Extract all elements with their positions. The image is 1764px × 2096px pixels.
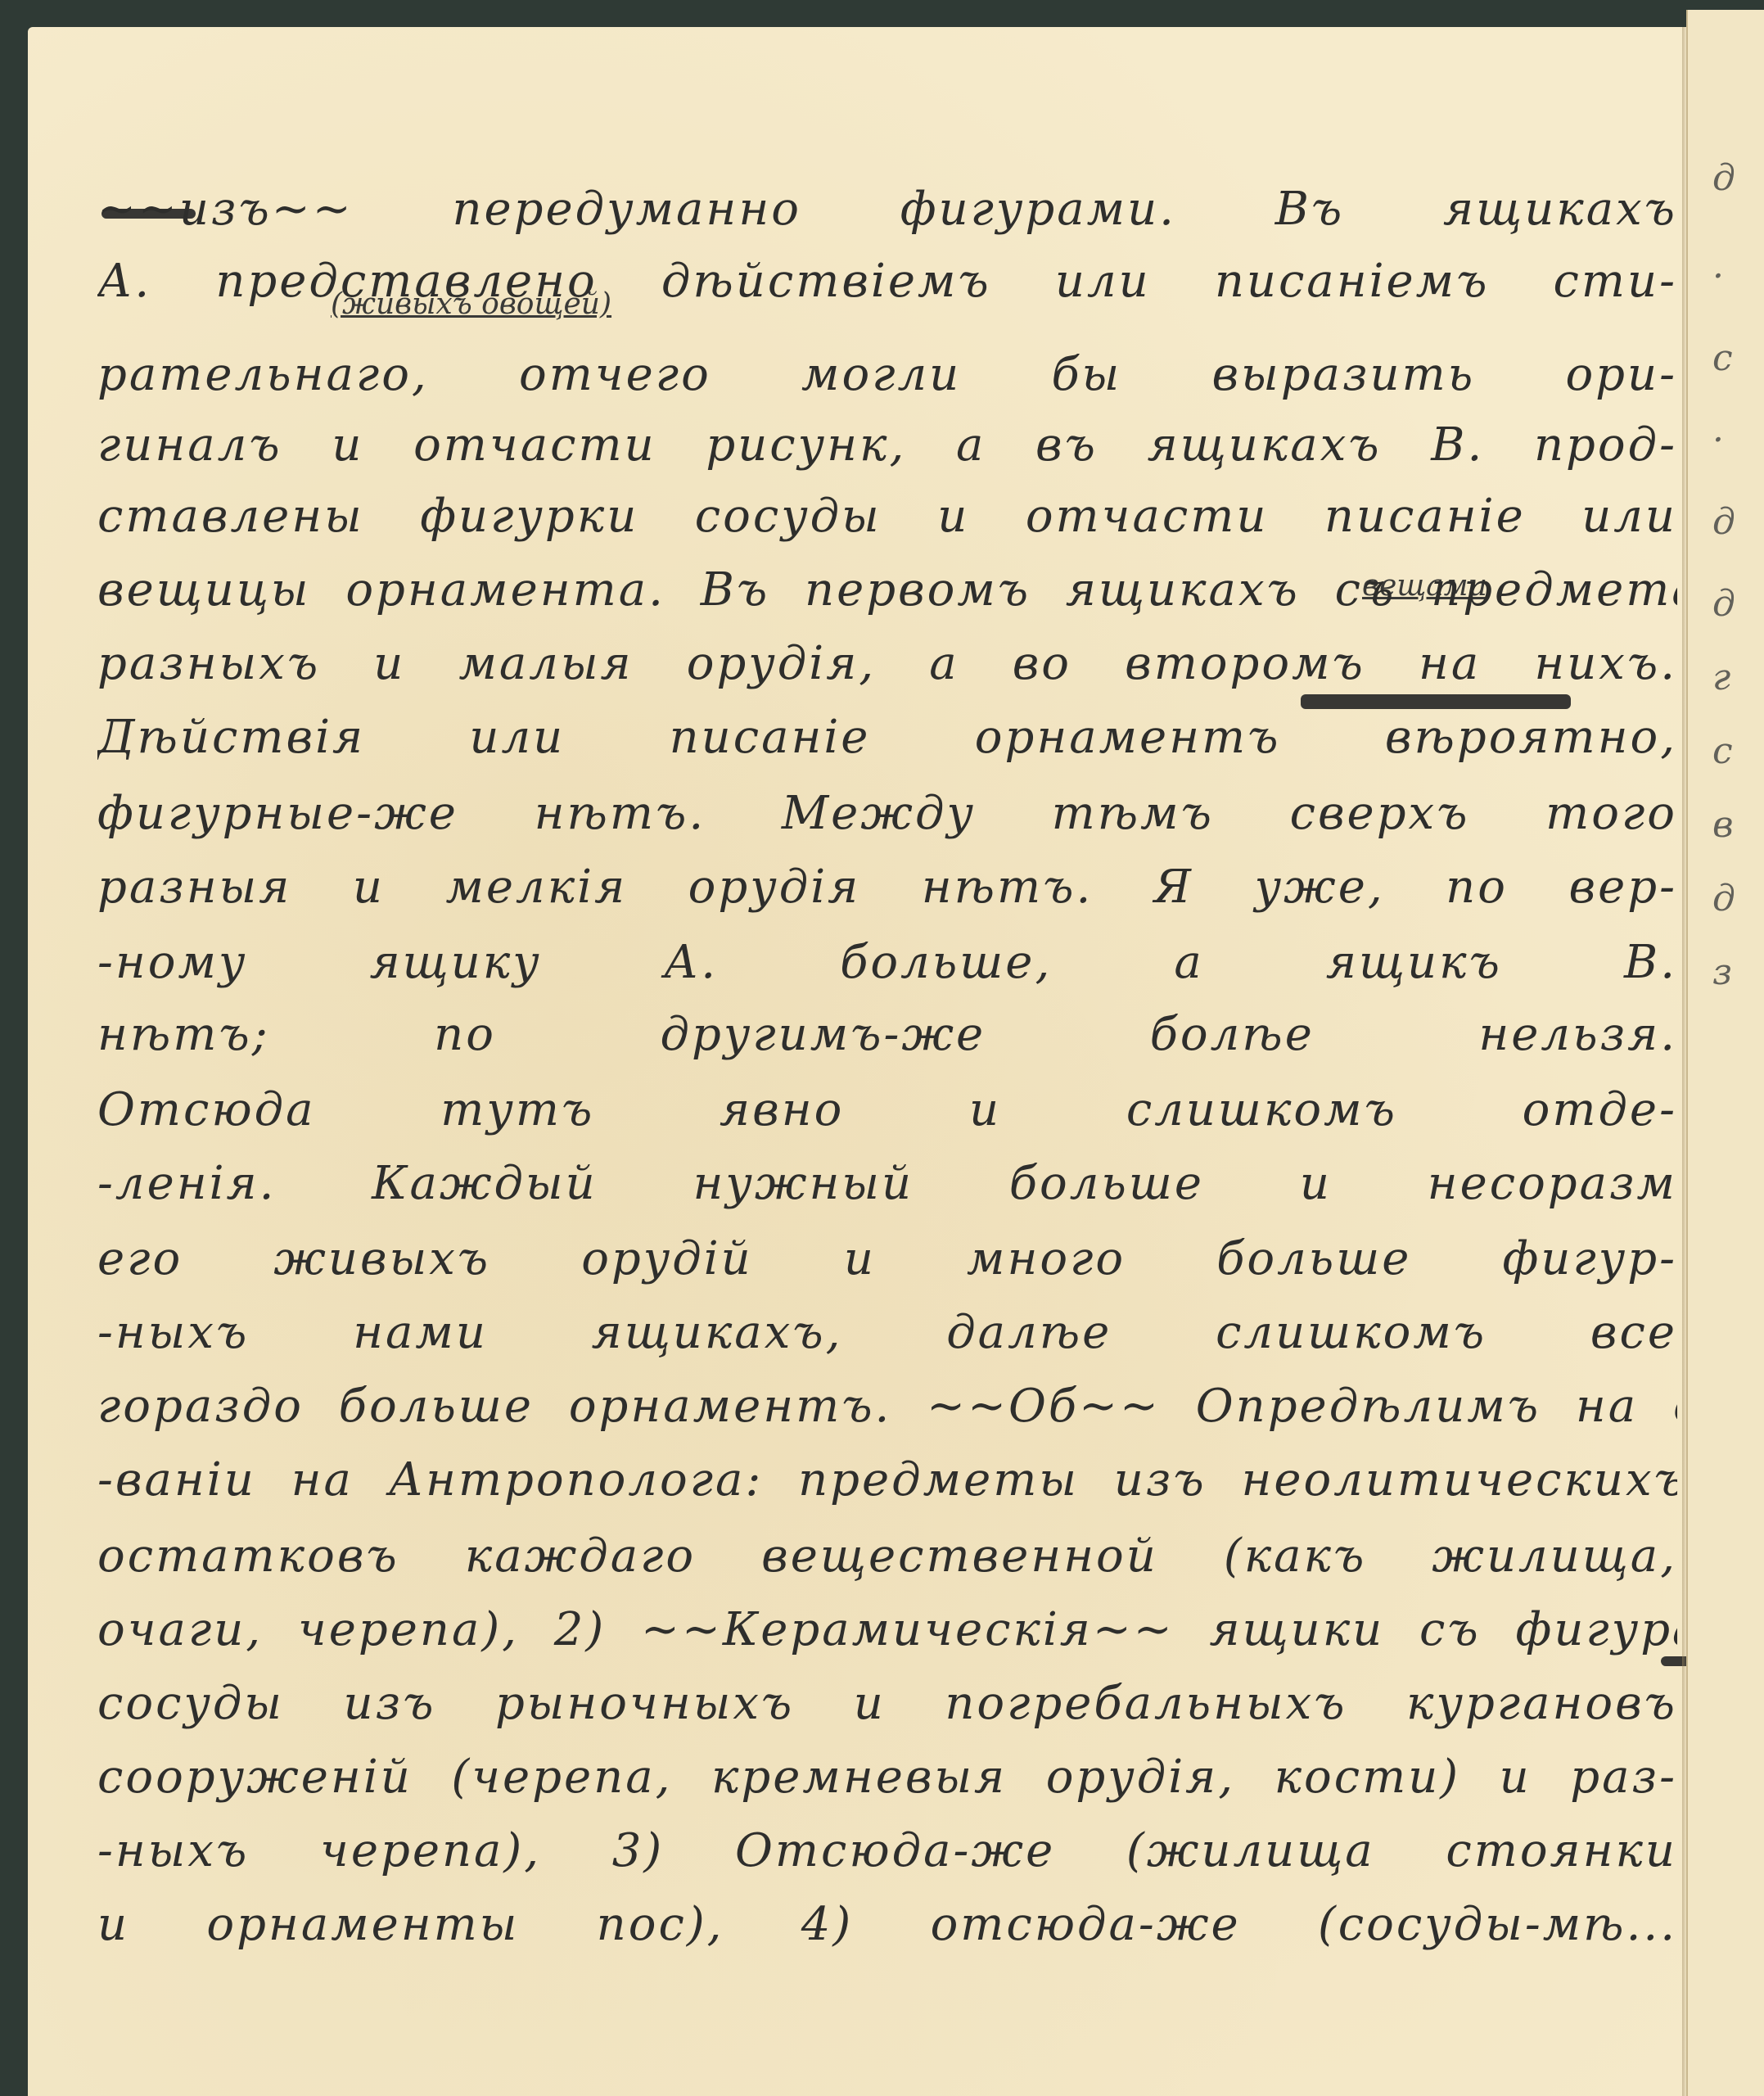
manuscript-page: (живыхъ овощей) вещами ~~изъ~~ передуман… <box>28 27 1686 2096</box>
margin-glyph: с <box>1712 730 1733 772</box>
manuscript-line: гораздо больше орнаментъ. ~~Об~~ Опредѣл… <box>97 1380 1677 1433</box>
manuscript-line: гиналъ и отчасти рисунк, а въ ящикахъ В.… <box>97 418 1677 472</box>
margin-glyph: д <box>1712 501 1735 543</box>
margin-glyph: · <box>1712 419 1724 461</box>
manuscript-line: -ваніи на Антрополога: предметы изъ неол… <box>97 1453 1677 1506</box>
manuscript-scan: (живыхъ овощей) вещами ~~изъ~~ передуман… <box>0 0 1764 2096</box>
margin-glyph: · <box>1712 255 1724 297</box>
manuscript-line: вещицы орнамента. Въ первомъ ящикахъ съ … <box>97 563 1677 617</box>
manuscript-line: нѣтъ; по другимъ-же болѣе нельзя. <box>97 1008 1677 1061</box>
manuscript-line: -ленія. Каждый нужный больше и несоразм <box>97 1157 1677 1210</box>
margin-glyph: в <box>1712 804 1734 846</box>
strikethrough-mark <box>1301 694 1571 709</box>
manuscript-line: остатковъ каждаго вещественной (какъ жил… <box>97 1529 1677 1583</box>
manuscript-line: -ныхъ нами ящикахъ, далѣе слишкомъ все <box>97 1306 1677 1359</box>
margin-glyph: з <box>1712 951 1732 993</box>
manuscript-line: ~~изъ~~ передуманно фигурами. Въ ящикахъ <box>97 183 1677 236</box>
manuscript-line: разныя и мелкія орудія нѣтъ. Я уже, по в… <box>97 861 1677 914</box>
adjacent-page-edge: д · с · д д г с в д з <box>1686 10 1764 2096</box>
manuscript-line: и орнаменты пос), 4) отсюда-же (сосуды-м… <box>97 1898 1677 1951</box>
manuscript-line: сооруженій (черепа, кремневыя орудія, ко… <box>97 1750 1677 1804</box>
manuscript-line: очаги, черепа), 2) ~~Керамическія~~ ящик… <box>97 1603 1677 1656</box>
manuscript-line: его живыхъ орудій и много больше фигур- <box>97 1232 1677 1285</box>
manuscript-line: -ному ящику А. больше, а ящикъ В. <box>97 936 1677 989</box>
margin-glyph: д <box>1712 878 1735 919</box>
manuscript-line: сосуды изъ рыночныхъ и погребальныхъ кур… <box>97 1677 1677 1730</box>
manuscript-line: рательнаго, отчего могли бы выразить ори… <box>97 348 1677 401</box>
margin-glyph: д <box>1712 583 1735 625</box>
margin-glyph: г <box>1712 657 1730 698</box>
manuscript-line: Дѣйствія или писаніе орнаментъ вѣроятно, <box>97 711 1677 764</box>
manuscript-line: А. представлено дѣйствіемъ или писаніемъ… <box>97 255 1677 308</box>
manuscript-line: фигурные-же нѣтъ. Между тѣмъ сверхъ того <box>97 787 1677 840</box>
manuscript-line: Отсюда тутъ явно и слишкомъ отде- <box>97 1083 1677 1136</box>
margin-glyph: д <box>1712 157 1735 199</box>
manuscript-line: ставлены фигурки сосуды и отчасти писані… <box>97 490 1677 543</box>
manuscript-line: разныхъ и малыя орудія, а во второмъ на … <box>97 637 1677 690</box>
manuscript-line: -ныхъ черепа), 3) Отсюда-же (жилища стоя… <box>97 1824 1677 1877</box>
margin-glyph: с <box>1712 337 1733 379</box>
